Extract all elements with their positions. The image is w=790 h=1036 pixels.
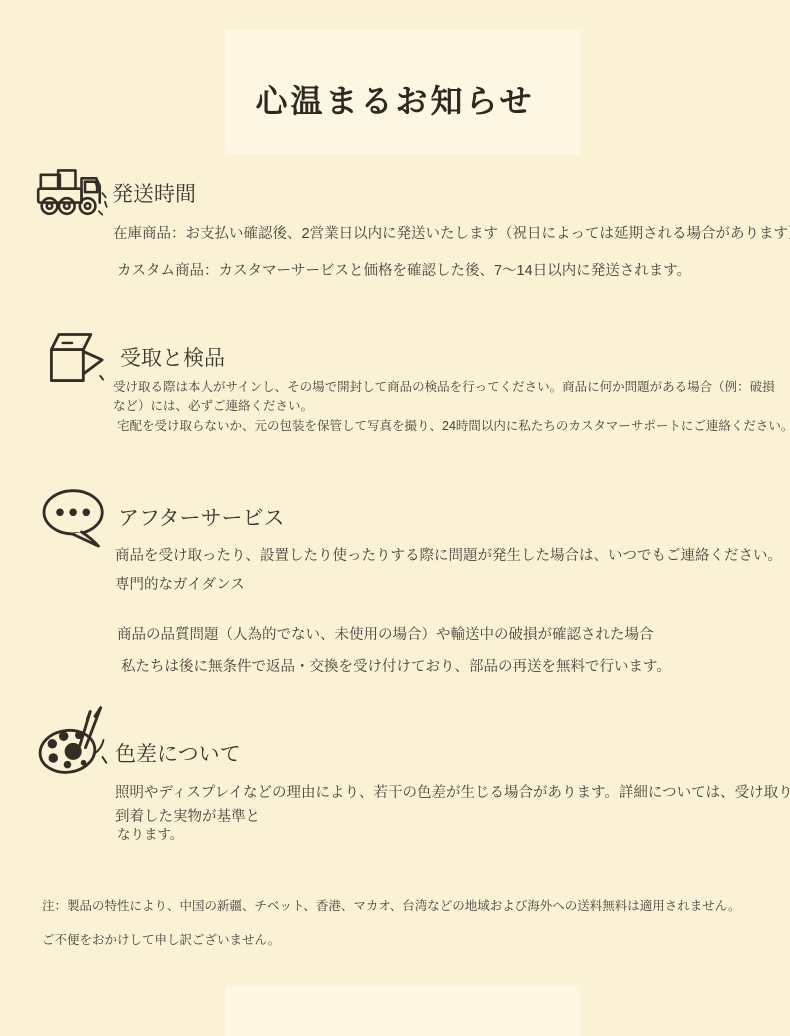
footer-note-1: 注：製品の特性により、中国の新疆、チベット、香港、マカオ、台湾などの地域および海… — [42, 896, 741, 914]
inspection-line-3: 宅配を受け取らないか、元の包装を保管して写真を撮り、24時間以内に私たちのカスタ… — [117, 416, 790, 434]
inspection-line-1: 受け取る際は本人がサインし、その場で開封して商品の検品を行ってください。商品に何… — [113, 377, 775, 395]
after-service-line-1: 商品を受け取ったり、設置したり使ったりする際に問題が発生した場合は、いつでもご連… — [115, 544, 782, 565]
after-service-line-2: 専門的なガイダンス — [115, 573, 245, 594]
shipping-line-2: カスタム商品：カスタマーサービスと価格を確認した後、7～14日以内に発送されます… — [117, 259, 691, 280]
page-title: 心温まるお知らせ — [0, 76, 790, 122]
open-box-icon — [40, 327, 106, 389]
color-difference-line-1: 照明やディスプレイなどの理由により、若干の色差が生じる場合があります。詳細につい… — [115, 781, 790, 802]
after-service-line-3: 商品の品質問題（人為的でない、未使用の場合）や輸送中の破損が確認された場合 — [117, 623, 654, 644]
bottom-background-panel — [225, 985, 580, 1036]
section-heading-after-service: アフターサービス — [118, 502, 285, 532]
section-heading-shipping: 発送時間 — [112, 178, 196, 208]
shipping-line-1: 在庫商品：お支払い確認後、2営業日以内に発送いたします（祝日によっては延期される… — [113, 222, 790, 243]
notice-page: 心温まるお知らせ 発送時間 在庫商品：お支払い確認後、2営業日以内に発送いたしま… — [0, 0, 790, 1036]
palette-icon — [35, 704, 117, 776]
color-difference-line-3: なります。 — [117, 823, 183, 843]
section-heading-color-difference: 色差について — [115, 738, 241, 768]
truck-icon — [33, 164, 111, 222]
speech-bubble-icon — [38, 486, 112, 548]
inspection-line-2: など）には、必ずご連絡ください。 — [113, 396, 313, 414]
after-service-line-4: 私たちは後に無条件で返品・交換を受け付けており、部品の再送を無料で行います。 — [121, 655, 671, 676]
section-heading-inspection: 受取と検品 — [120, 342, 225, 372]
footer-note-2: ご不便をおかけして申し訳ございません。 — [42, 930, 280, 948]
